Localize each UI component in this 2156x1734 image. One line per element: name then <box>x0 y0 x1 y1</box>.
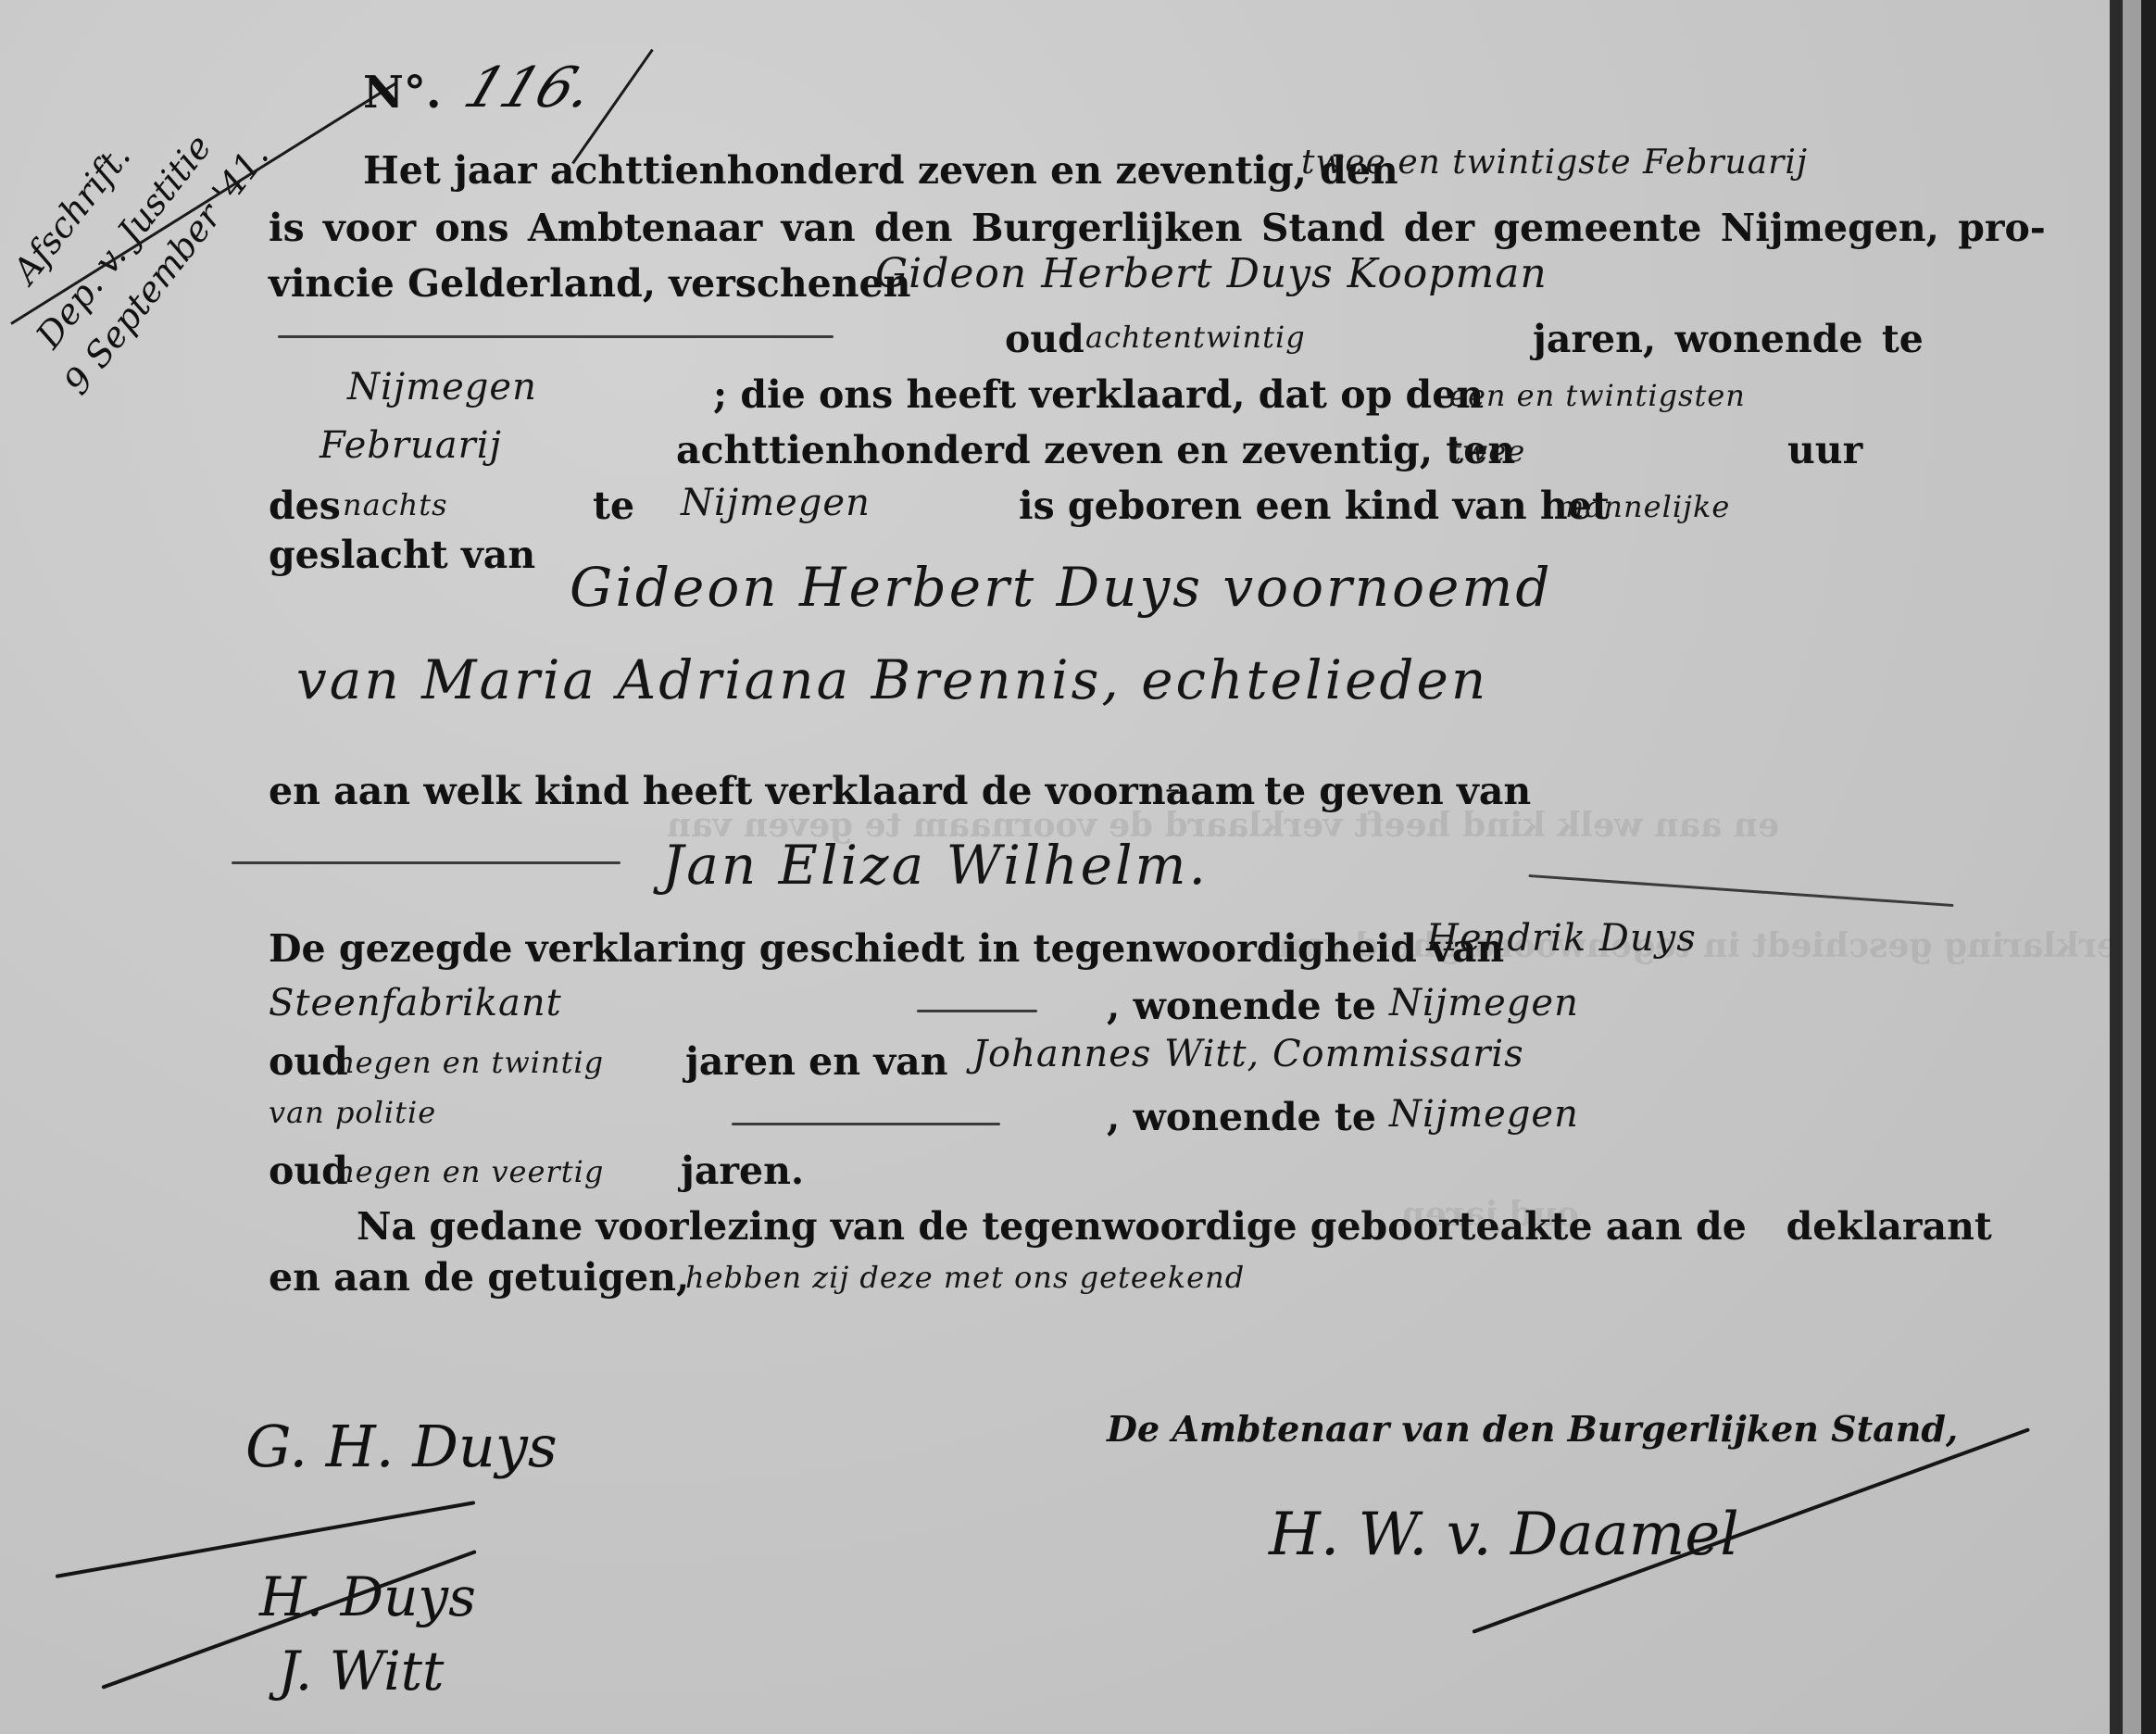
handwritten-witness2-age: negen en veertig <box>335 1154 604 1189</box>
handwritten-birth-month: Februarij <box>320 424 502 467</box>
printed-text: geslacht van <box>269 533 535 577</box>
printed-text: Het jaar achttienhonderd zeven en zevent… <box>363 148 1398 193</box>
printed-text: vincie Gelderland, verschenen <box>269 261 910 306</box>
printed-text: oud <box>1005 317 1084 361</box>
printed-text: ; die ons heeft verklaard, dat op den <box>713 372 1484 417</box>
printed-text: te geven van <box>1264 769 1531 813</box>
handwritten-witness2: Johannes Witt, Commissaris <box>972 1033 1524 1075</box>
record-number-value: 116. <box>456 56 603 120</box>
fill-line <box>232 861 620 864</box>
printed-text: en aan de getuigen, <box>269 1255 689 1300</box>
signature-declarant: G. H. Duys <box>245 1413 558 1480</box>
handwritten-witness1-residence: Nijmegen <box>1389 982 1579 1024</box>
printed-text: uur <box>1787 428 1862 472</box>
page-edge-strip <box>2123 0 2141 1734</box>
handwritten-dash: – <box>1165 771 1181 806</box>
printed-text: is voor ons Ambtenaar van den Burgerlijk… <box>269 206 2046 250</box>
handwritten-witness1-age: negen en twintig <box>335 1045 604 1080</box>
official-title: De Ambtenaar van den Burgerlijken Stand, <box>1107 1408 1958 1450</box>
handwritten-sex: mannelijke <box>1556 489 1730 524</box>
handwritten-mother: van Maria Adriana Brennis, echtelieden <box>296 648 1488 711</box>
handwritten-witness1-occupation: Steenfabrikant <box>269 982 562 1024</box>
fill-line <box>917 1010 1037 1012</box>
fill-line <box>278 335 834 338</box>
handwritten-birth-place: Nijmegen <box>681 482 871 524</box>
handwritten-birth-hour: twee <box>1449 433 1525 469</box>
page-edge-outer <box>2141 0 2156 1734</box>
printed-text: is geboren een kind van het <box>1019 484 1610 528</box>
handwritten-birth-day: een en twintigsten <box>1449 378 1746 413</box>
signature-witness2: J. Witt <box>278 1640 444 1703</box>
handwritten-father: Gideon Herbert Duys voornoemd <box>570 556 1552 619</box>
printed-text: achttienhonderd zeven en zeventig, ten <box>676 428 1515 472</box>
printed-text: , wonende te <box>1107 984 1376 1028</box>
handwritten-time-of-day: nachts <box>343 487 448 522</box>
printed-text: Na gedane voorlezing van de tegenwoordig… <box>357 1204 1992 1249</box>
printed-text: jaren. <box>681 1149 804 1193</box>
handwritten-residence: Nijmegen <box>347 366 537 408</box>
printed-text: De gezegde verklaring geschiedt in tegen… <box>269 926 1504 971</box>
fill-line <box>732 1123 1000 1125</box>
handwritten-age: achtentwintig <box>1085 320 1306 355</box>
handwritten-date: twee en twintigste Februarij <box>1301 144 1808 182</box>
handwritten-witness2-occupation: van politie <box>269 1095 436 1130</box>
record-number-label: N°. <box>363 67 442 119</box>
printed-text: en aan welk kind heeft verklaard de voor… <box>269 769 1255 813</box>
printed-text: des <box>269 484 341 528</box>
printed-text: te <box>593 484 634 528</box>
printed-text: jaren en van <box>685 1039 948 1084</box>
page-edge <box>2110 0 2123 1734</box>
handwritten-closing: hebben zij deze met ons geteekend <box>685 1260 1245 1295</box>
handwritten-witness2-residence: Nijmegen <box>1389 1093 1579 1136</box>
handwritten-witness1: Hendrik Duys <box>1426 917 1697 960</box>
handwritten-declarant: Gideon Herbert Duys Koopman <box>875 250 1548 297</box>
handwritten-given-names: Jan Eliza Wilhelm. <box>662 834 1209 897</box>
printed-text: , wonende te <box>1107 1095 1376 1139</box>
printed-text: jaren, wonende te <box>1533 317 1924 361</box>
